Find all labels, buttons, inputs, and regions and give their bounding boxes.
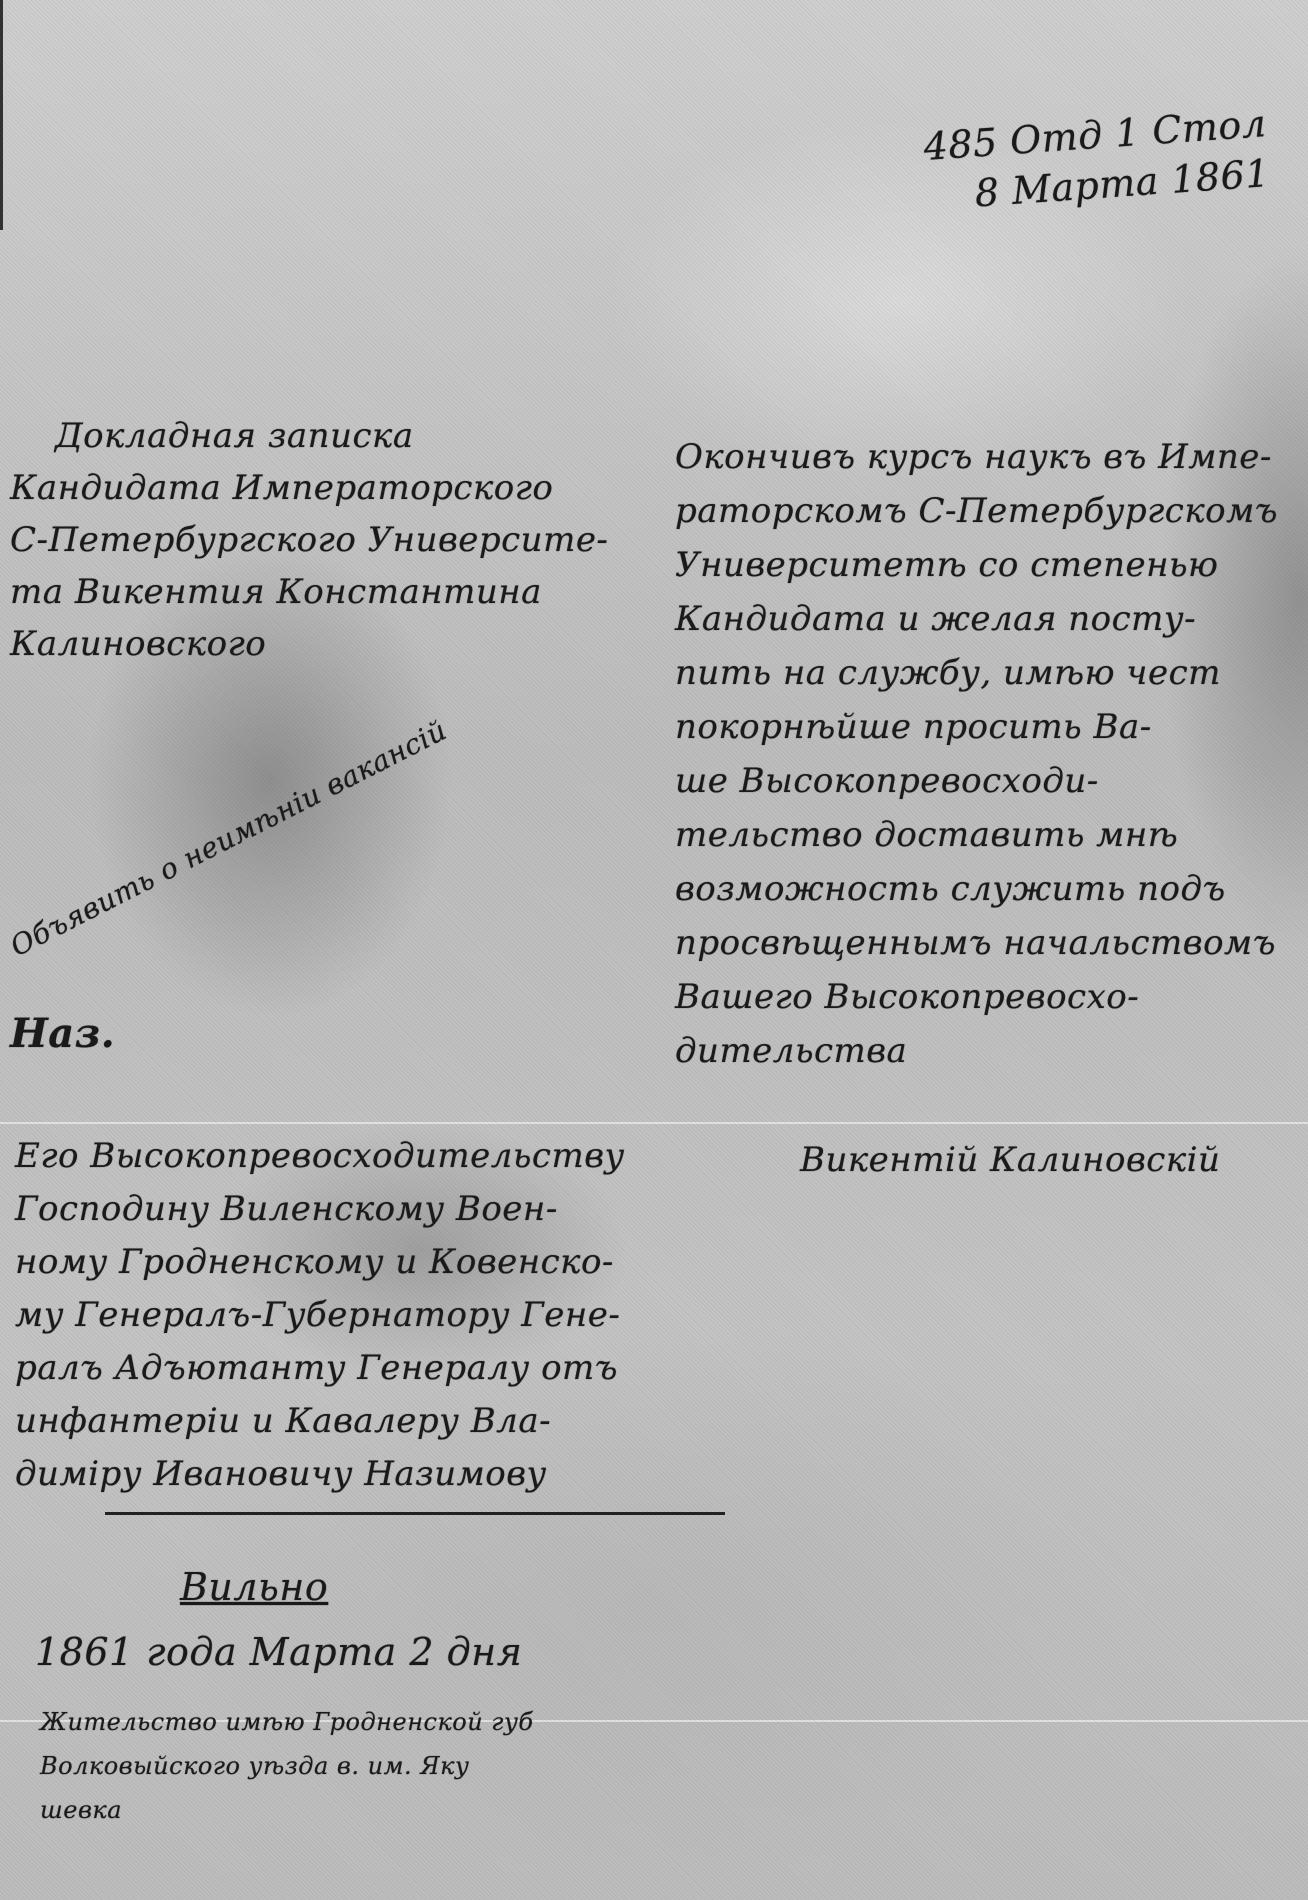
body-line: дительства <box>675 1024 1278 1078</box>
body-line: возможность служить подъ <box>675 862 1278 916</box>
document-date: 1861 года Марта 2 дня <box>35 1630 522 1674</box>
document-title: Докладная записка Кандидата Императорско… <box>10 410 608 670</box>
residence-note: Жительство имѣю Гродненской губ Волковый… <box>40 1700 534 1832</box>
body-line: просвѣщеннымъ начальствомъ <box>675 916 1278 970</box>
scanned-document-page: 485 Отд 1 Стол 8 Марта 1861 Докладная за… <box>0 0 1308 1900</box>
residence-line: Волковыйского уѣзда в. им. Яку <box>40 1744 534 1788</box>
addressee-line: инфантеріи и Кавалеру Вла- <box>15 1395 625 1448</box>
official-initials: Наз. <box>10 1010 115 1057</box>
page-edge <box>0 0 3 230</box>
addressee-line: Его Высокопревосходительству <box>15 1130 625 1183</box>
addressee-line: диміру Ивановичу Назимову <box>15 1448 625 1501</box>
body-line: пить на службу, имѣю чест <box>675 646 1278 700</box>
body-line: тельство доставить мнѣ <box>675 808 1278 862</box>
signature: Викентій Калиновскій <box>800 1140 1220 1180</box>
addressee-line: му Генералъ-Губернатору Гене- <box>15 1289 625 1342</box>
title-line: Калиновского <box>10 618 608 670</box>
place-name: Вильно <box>180 1565 328 1609</box>
title-line: та Викентия Константина <box>10 566 608 618</box>
body-line: Кандидата и желая посту- <box>675 592 1278 646</box>
addressee-line: ному Гродненскому и Ковенско- <box>15 1236 625 1289</box>
body-line: ше Высокопревосходи- <box>675 754 1278 808</box>
body-line: Университетѣ со степенью <box>675 538 1278 592</box>
title-line: С-Петербургского Университе- <box>10 514 608 566</box>
addressee-block: Его Высокопревосходительству Господину В… <box>15 1130 625 1501</box>
addressee-line: Господину Виленскому Воен- <box>15 1183 625 1236</box>
resolution-note: Объявить о неимѣніи вакансій <box>5 713 452 963</box>
body-line: Окончивъ курсъ наукъ въ Импе- <box>675 430 1278 484</box>
body-line: раторскомъ С-Петербургскомъ <box>675 484 1278 538</box>
registration-note: 485 Отд 1 Стол 8 Марта 1861 <box>922 98 1272 222</box>
fold-line <box>0 1122 1308 1124</box>
body-line: Вашего Высокопревосхо- <box>675 970 1278 1024</box>
addressee-line: ралъ Адъютанту Генералу отъ <box>15 1342 625 1395</box>
residence-line: шевка <box>40 1788 534 1832</box>
title-line: Докладная записка <box>10 410 608 462</box>
divider-rule <box>105 1512 725 1515</box>
body-line: покорнѣйше просить Ва- <box>675 700 1278 754</box>
title-line: Кандидата Императорского <box>10 462 608 514</box>
petition-body: Окончивъ курсъ наукъ въ Импе- раторскомъ… <box>675 430 1278 1078</box>
residence-line: Жительство имѣю Гродненской губ <box>40 1700 534 1744</box>
